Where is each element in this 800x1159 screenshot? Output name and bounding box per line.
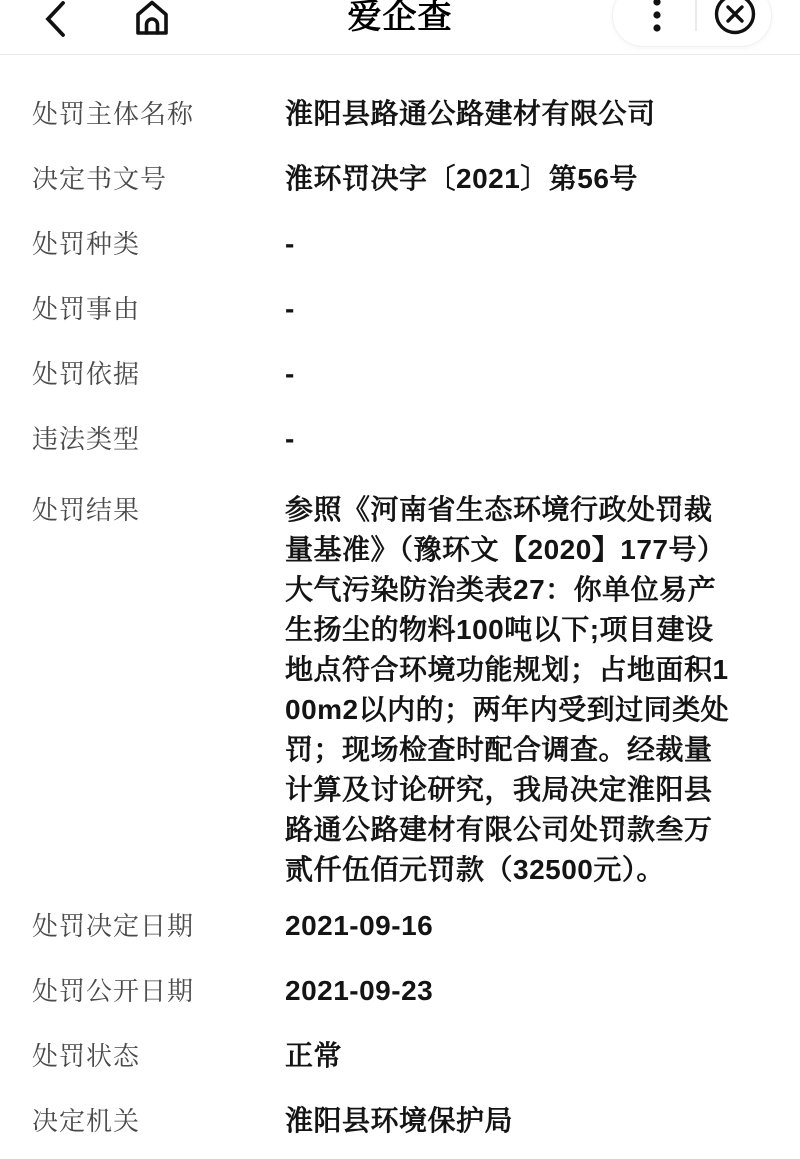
field-row-publish-date: 处罚公开日期 2021-09-23 bbox=[32, 977, 770, 1005]
field-value: 淮阳县路通公路建材有限公司 bbox=[285, 100, 770, 128]
field-label: 处罚状态 bbox=[32, 1042, 285, 1070]
field-value: 正常 bbox=[285, 1042, 770, 1070]
field-label: 处罚依据 bbox=[32, 360, 285, 388]
penalty-detail-list: 处罚主体名称 淮阳县路通公路建材有限公司 决定书文号 淮环罚决字〔2021〕第5… bbox=[0, 55, 800, 1135]
field-label: 处罚种类 bbox=[32, 230, 285, 258]
header-bar: 爱企查 bbox=[0, 0, 800, 55]
field-label: 处罚结果 bbox=[32, 490, 285, 530]
close-button[interactable] bbox=[695, 0, 771, 46]
field-value: - bbox=[285, 230, 770, 258]
field-row-subject: 处罚主体名称 淮阳县路通公路建材有限公司 bbox=[32, 100, 770, 128]
field-value: - bbox=[285, 295, 770, 323]
more-menu-button[interactable] bbox=[613, 0, 695, 46]
field-value: 2021-09-16 bbox=[285, 912, 770, 940]
field-row-document-number: 决定书文号 淮环罚决字〔2021〕第56号 bbox=[32, 165, 770, 193]
field-row-penalty-status: 处罚状态 正常 bbox=[32, 1042, 770, 1070]
field-value: 2021-09-23 bbox=[285, 977, 770, 1005]
field-value: - bbox=[285, 425, 770, 453]
field-row-decision-date: 处罚决定日期 2021-09-16 bbox=[32, 912, 770, 940]
field-row-penalty-result: 处罚结果 参照《河南省生态环境行政处罚裁量基准》（豫环文【2020】177号）大… bbox=[32, 490, 770, 890]
field-row-penalty-basis: 处罚依据 - bbox=[32, 360, 770, 388]
field-value: - bbox=[285, 360, 770, 388]
field-label: 违法类型 bbox=[32, 425, 285, 453]
field-value: 淮阳县环境保护局 bbox=[285, 1107, 770, 1135]
field-label: 处罚主体名称 bbox=[32, 100, 285, 128]
penalty-detail-page: 爱企查 bbox=[0, 0, 800, 1159]
field-label: 决定机关 bbox=[32, 1107, 285, 1135]
field-row-penalty-reason: 处罚事由 - bbox=[32, 295, 770, 323]
field-value: 参照《河南省生态环境行政处罚裁量基准》（豫环文【2020】177号）大气污染防治… bbox=[285, 490, 740, 890]
field-label: 处罚决定日期 bbox=[32, 912, 285, 940]
field-label: 处罚事由 bbox=[32, 295, 285, 323]
field-row-decision-authority: 决定机关 淮阳县环境保护局 bbox=[32, 1107, 770, 1135]
field-value: 淮环罚决字〔2021〕第56号 bbox=[285, 165, 770, 193]
field-row-violation-type: 违法类型 - bbox=[32, 425, 770, 453]
field-label: 决定书文号 bbox=[32, 165, 285, 193]
field-row-penalty-type: 处罚种类 - bbox=[32, 230, 770, 258]
field-label: 处罚公开日期 bbox=[32, 977, 285, 1005]
miniprogram-capsule bbox=[612, 0, 772, 47]
